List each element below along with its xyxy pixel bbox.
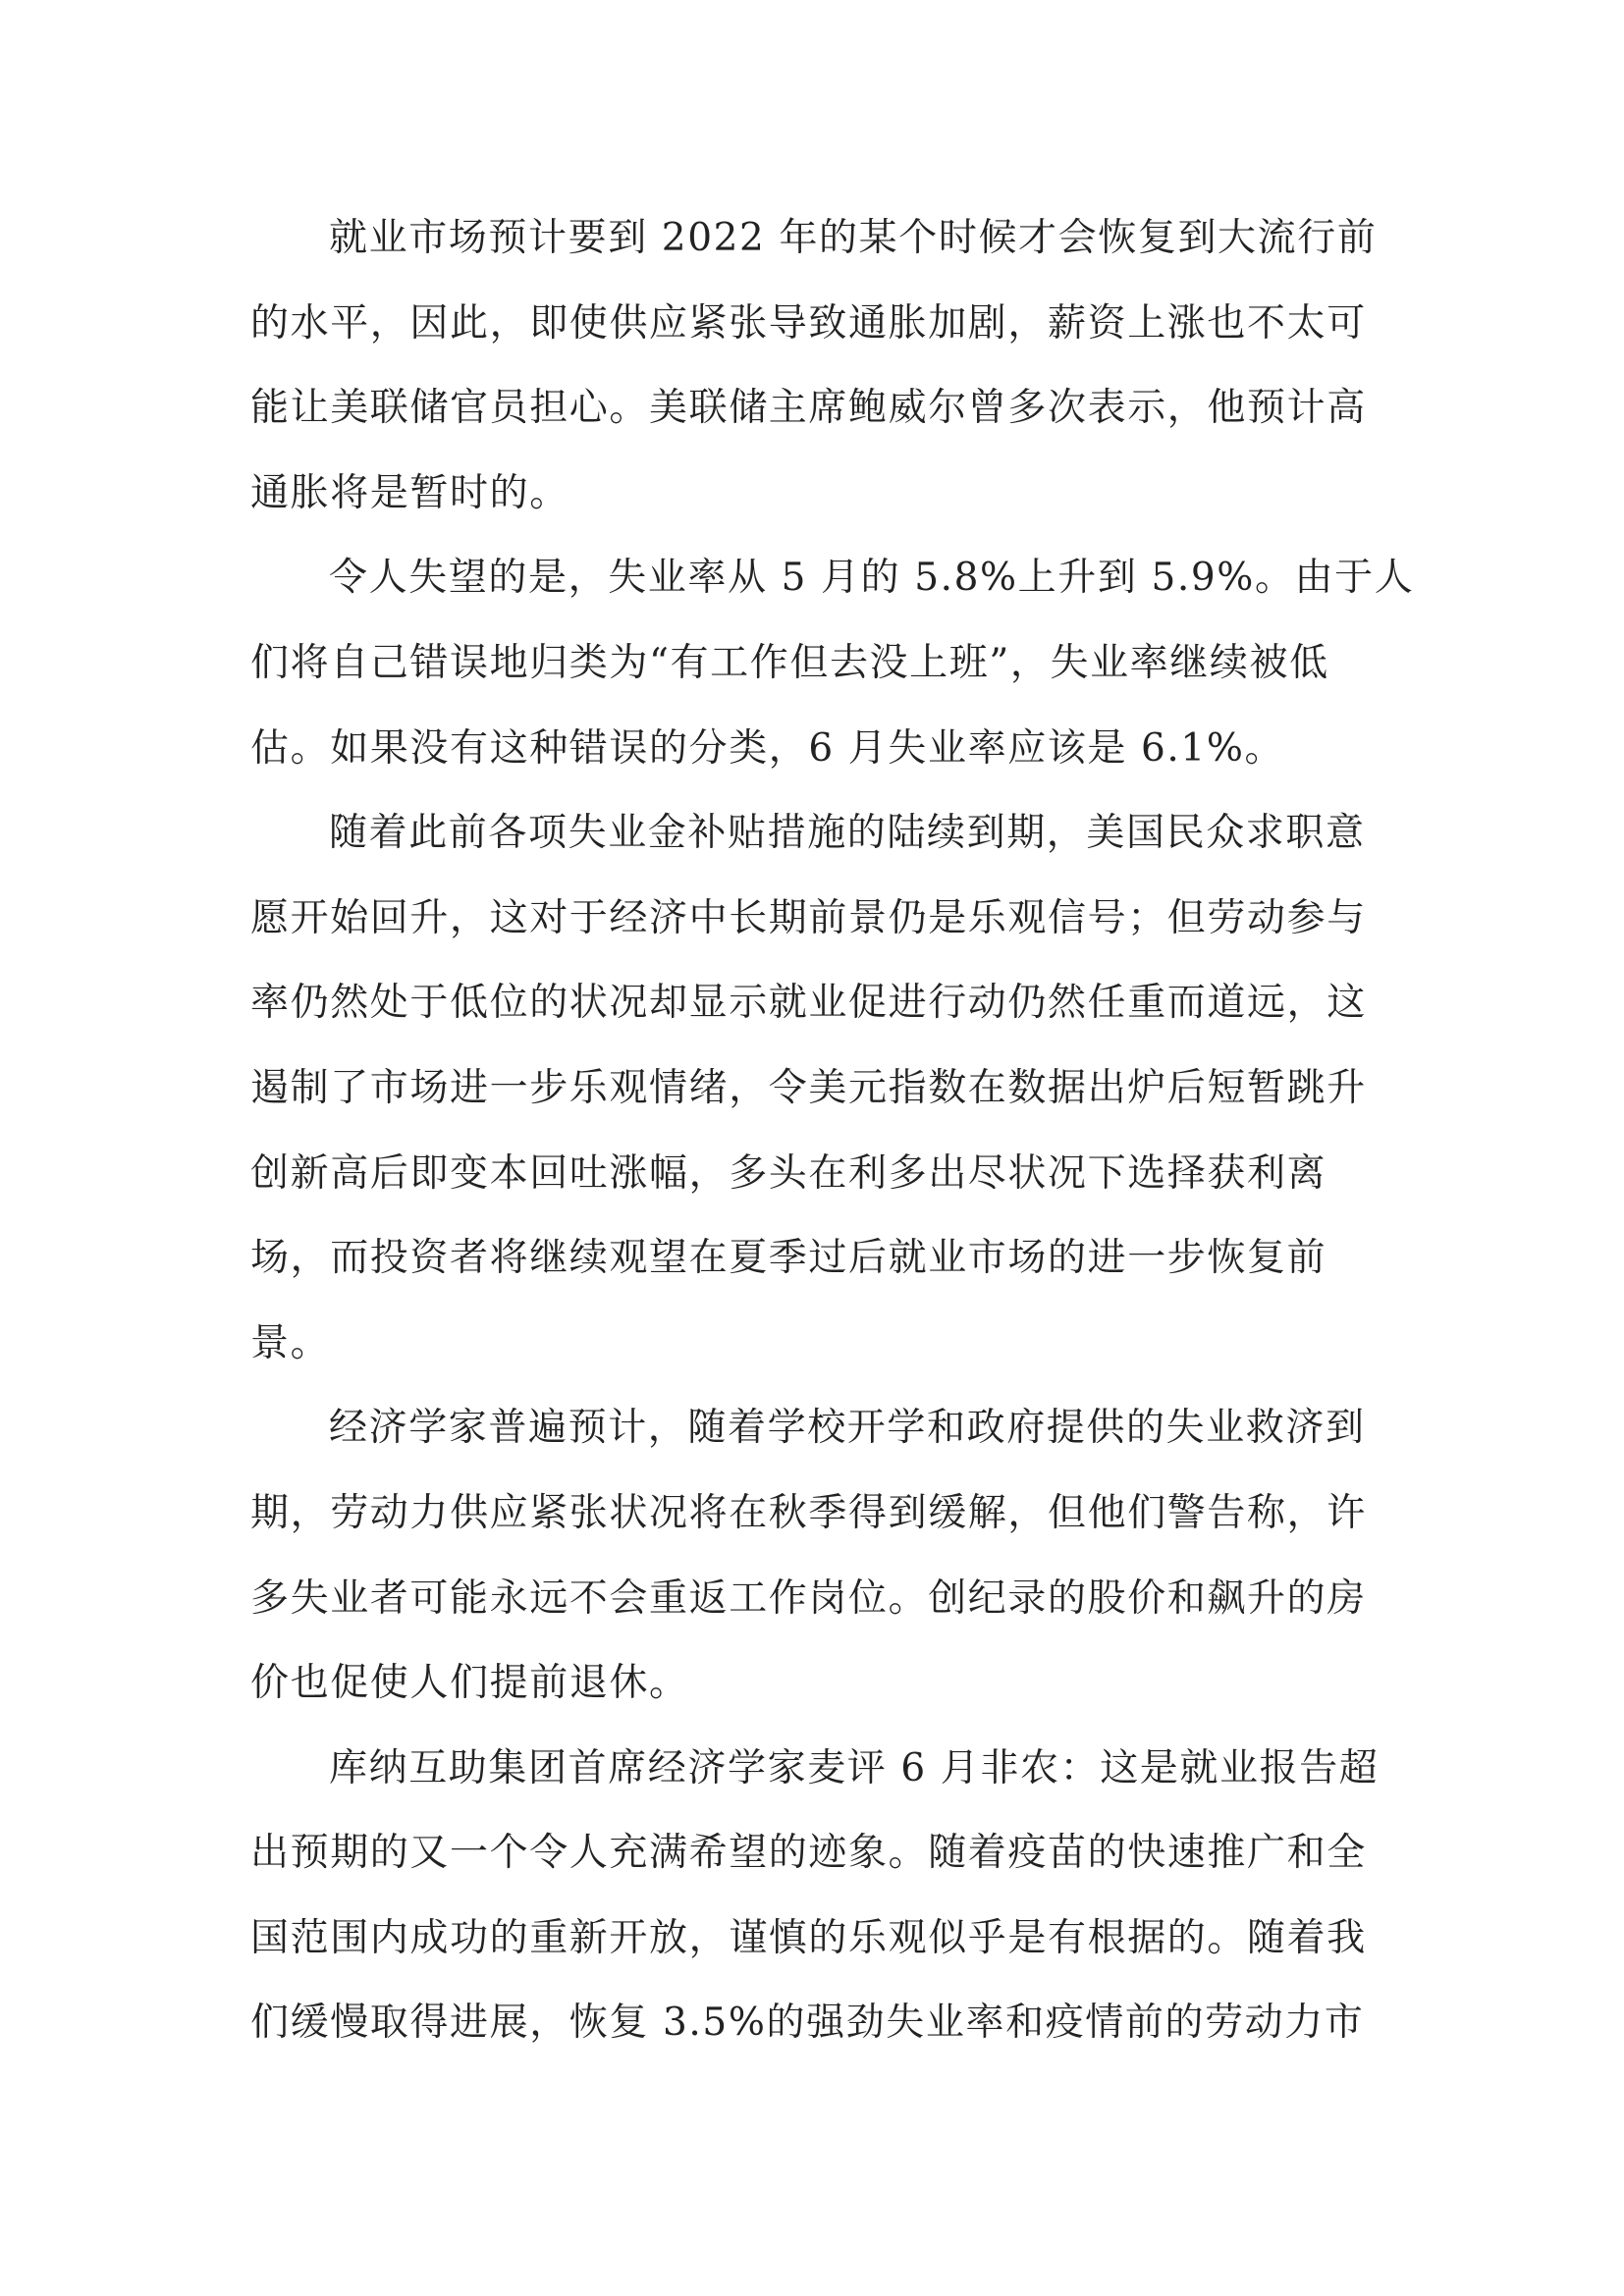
paragraph-5: 库纳互助集团首席经济学家麦评 6 月非农：这是就业报告超 出预期的又一个令人充满…: [250, 1727, 1378, 2066]
text-line: 能让美联储官员担心。美联储主席鲍威尔曾多次表示，他预计高: [250, 366, 1378, 452]
text-line: 出预期的又一个令人充满希望的迹象。随着疫苗的快速推广和全: [250, 1811, 1378, 1896]
text-line: 景。: [250, 1302, 1378, 1387]
text-line: 愿开始回升，这对于经济中长期前景仍是乐观信号；但劳动参与: [250, 877, 1378, 962]
text-line: 多失业者可能永远不会重返工作岗位。创纪录的股价和飙升的房: [250, 1557, 1378, 1642]
paragraph-3: 随着此前各项失业金补贴措施的陆续到期，美国民众求职意 愿开始回升，这对于经济中长…: [250, 791, 1378, 1386]
document-body: 就业市场预计要到 2022 年的某个时候才会恢复到大流行前 的水平，因此，即使供…: [250, 196, 1378, 2066]
text-line: 们缓慢取得进展，恢复 3.5%的强劲失业率和疫情前的劳动力市: [250, 1981, 1378, 2066]
text-line: 通胀将是暂时的。: [250, 452, 1378, 537]
paragraph-4: 经济学家普遍预计，随着学校开学和政府提供的失业救济到 期，劳动力供应紧张状况将在…: [250, 1386, 1378, 1726]
text-line: 价也促使人们提前退休。: [250, 1641, 1378, 1727]
text-line: 们将自己错误地归类为“有工作但去没上班”，失业率继续被低: [250, 621, 1378, 707]
text-line: 就业市场预计要到 2022 年的某个时候才会恢复到大流行前: [250, 196, 1378, 282]
text-line: 库纳互助集团首席经济学家麦评 6 月非农：这是就业报告超: [250, 1727, 1378, 1812]
text-line: 场，而投资者将继续观望在夏季过后就业市场的进一步恢复前: [250, 1216, 1378, 1302]
text-line: 遏制了市场进一步乐观情绪，令美元指数在数据出炉后短暂跳升: [250, 1046, 1378, 1132]
text-line: 随着此前各项失业金补贴措施的陆续到期，美国民众求职意: [250, 791, 1378, 877]
text-line: 的水平，因此，即使供应紧张导致通胀加剧，薪资上涨也不太可: [250, 282, 1378, 367]
paragraph-2: 令人失望的是，失业率从 5 月的 5.8%上升到 5.9%。由于人 们将自己错误…: [250, 536, 1378, 791]
text-line: 国范围内成功的重新开放，谨慎的乐观似乎是有根据的。随着我: [250, 1896, 1378, 1982]
text-line: 率仍然处于低位的状况却显示就业促进行动仍然任重而道远，这: [250, 961, 1378, 1046]
paragraph-1: 就业市场预计要到 2022 年的某个时候才会恢复到大流行前 的水平，因此，即使供…: [250, 196, 1378, 536]
text-line: 估。如果没有这种错误的分类，6 月失业率应该是 6.1%。: [250, 707, 1378, 792]
text-line: 期，劳动力供应紧张状况将在秋季得到缓解，但他们警告称，许: [250, 1471, 1378, 1557]
text-line: 创新高后即变本回吐涨幅，多头在利多出尽状况下选择获利离: [250, 1132, 1378, 1217]
text-line: 令人失望的是，失业率从 5 月的 5.8%上升到 5.9%。由于人: [250, 536, 1378, 621]
text-line: 经济学家普遍预计，随着学校开学和政府提供的失业救济到: [250, 1386, 1378, 1471]
document-page: 就业市场预计要到 2022 年的某个时候才会恢复到大流行前 的水平，因此，即使供…: [0, 0, 1624, 2296]
